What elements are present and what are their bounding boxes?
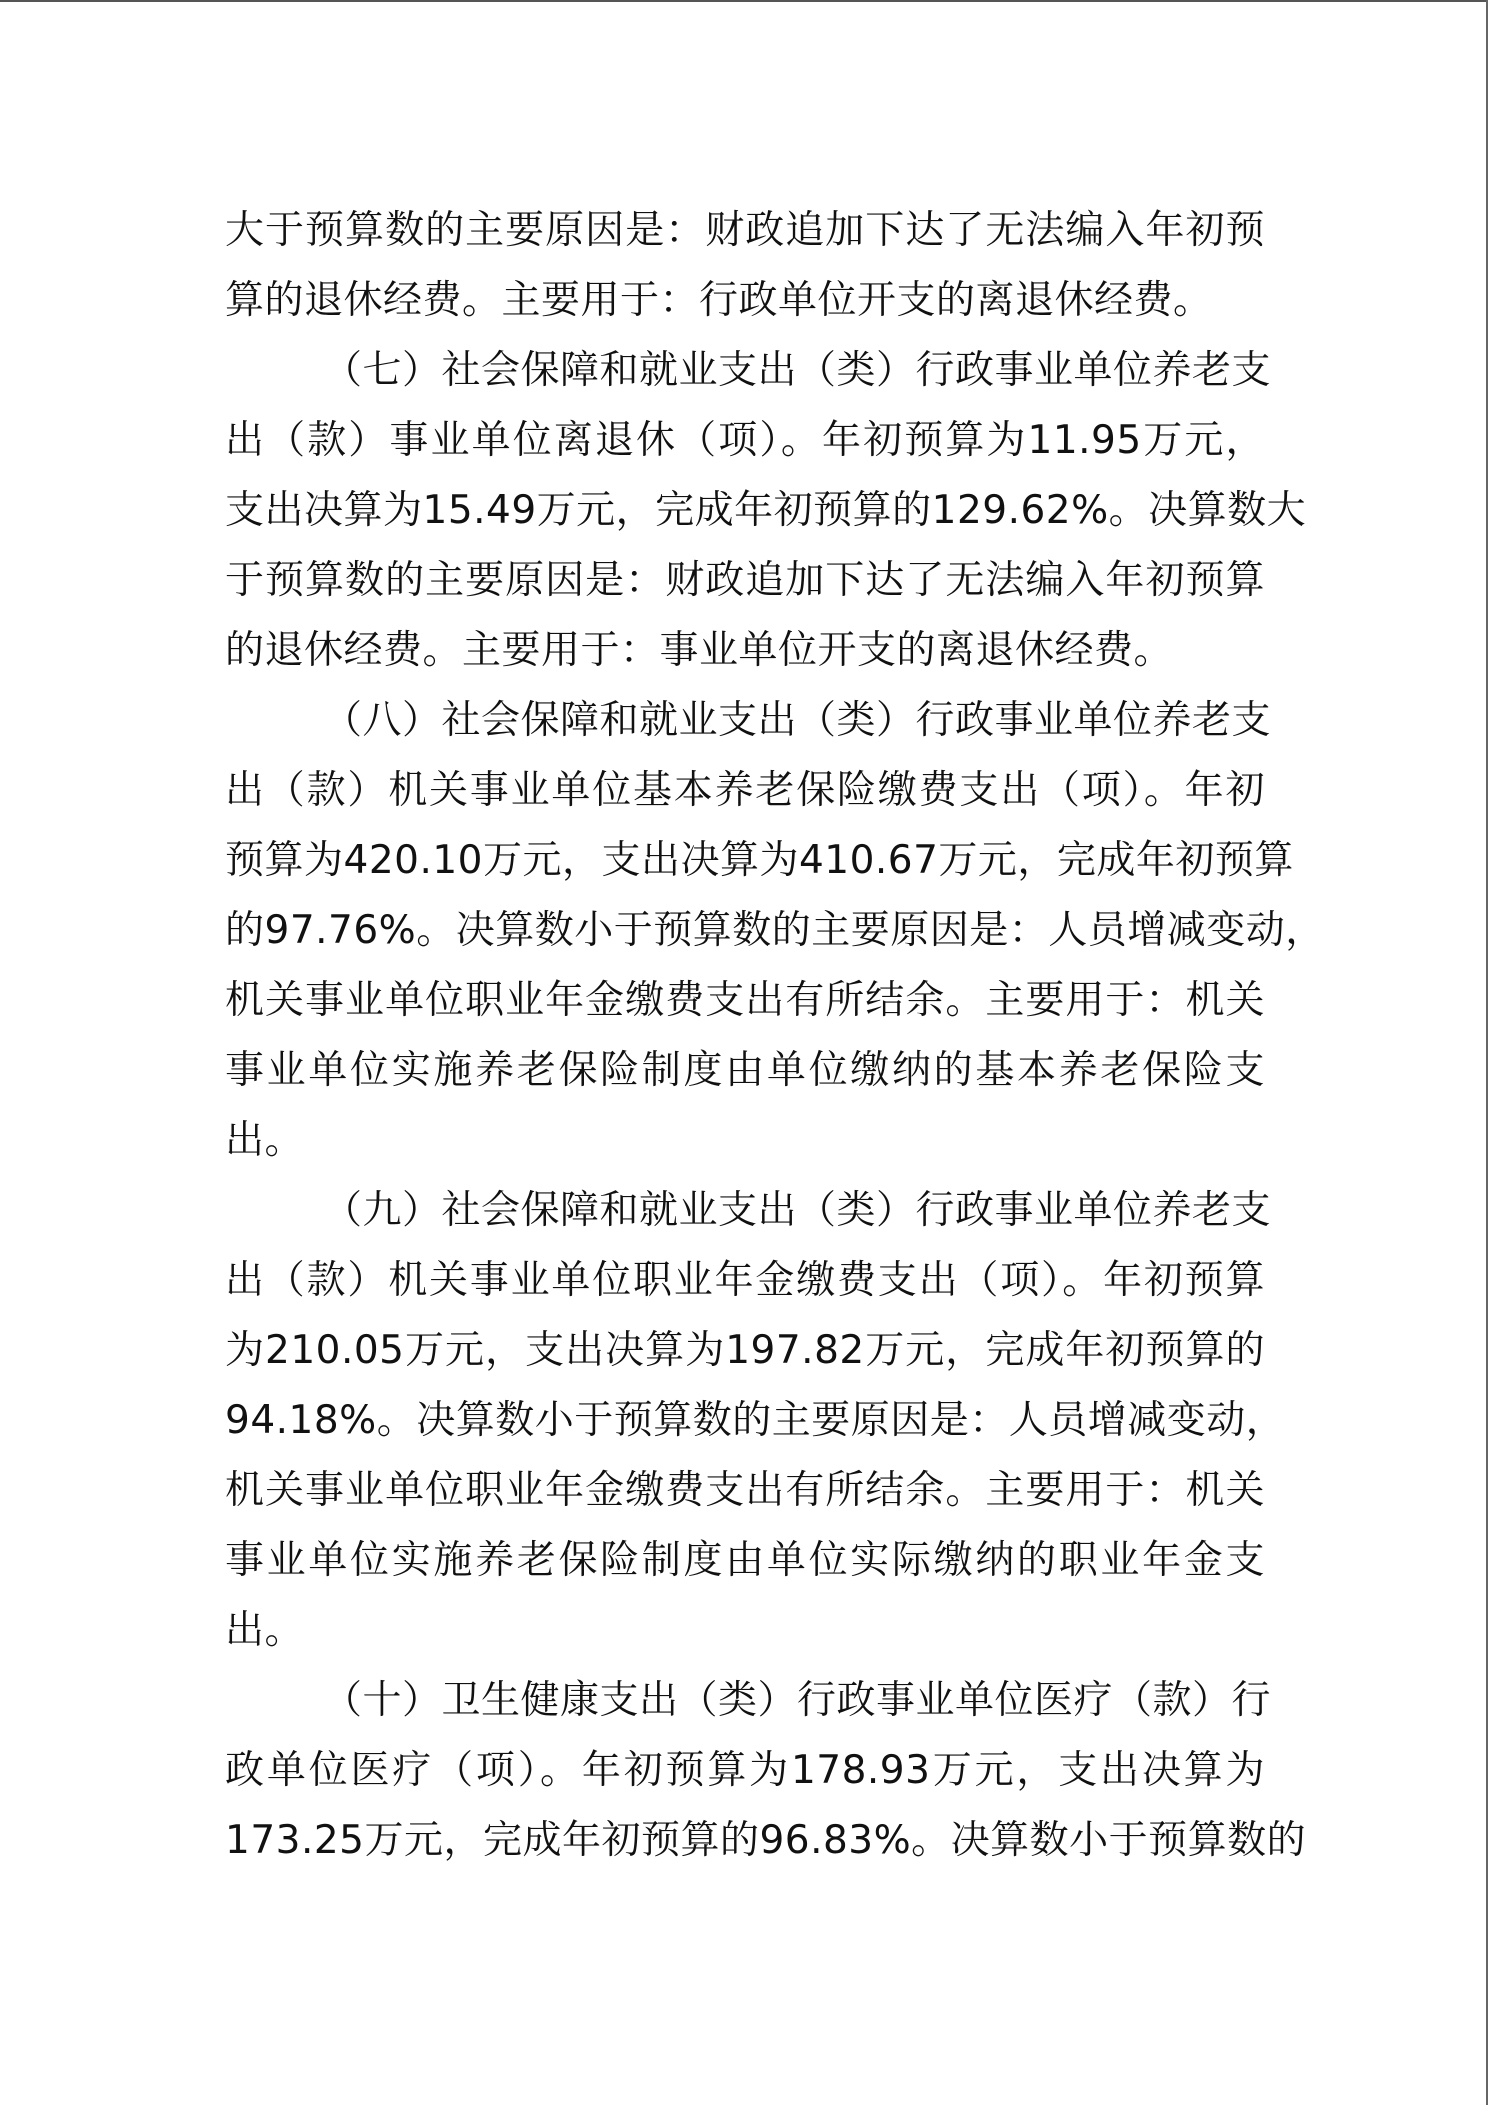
text-line: 事业单位实施养老保险制度由单位实际缴纳的职业年金支 xyxy=(225,1526,1265,1596)
text-line: 大于预算数的主要原因是：财政追加下达了无法编入年初预 xyxy=(225,196,1265,266)
text-line: 出（款）事业单位离退休（项）。年初预算为11.95万元， xyxy=(225,406,1265,476)
paragraph-item-8: （八）社会保障和就业支出（类）行政事业单位养老支 出（款）机关事业单位基本养老保… xyxy=(225,686,1265,1176)
text-line: 政单位医疗（项）。年初预算为178.93万元，支出决算为 xyxy=(225,1736,1265,1806)
text-line: 于预算数的主要原因是：财政追加下达了无法编入年初预算 xyxy=(225,546,1265,616)
text-line: 出（款）机关事业单位基本养老保险缴费支出（项）。年初 xyxy=(225,756,1265,826)
text-line: 的退休经费。主要用于：事业单位开支的离退休经费。 xyxy=(225,616,1265,686)
page-top-border xyxy=(0,0,1488,2)
text-line: 预算为420.10万元，支出决算为410.67万元，完成年初预算 xyxy=(225,826,1265,896)
paragraph-item-7: （七）社会保障和就业支出（类）行政事业单位养老支 出（款）事业单位离退休（项）。… xyxy=(225,336,1265,686)
text-line: 的97.76%。决算数小于预算数的主要原因是：人员增减变动， xyxy=(225,896,1265,966)
document-body: 大于预算数的主要原因是：财政追加下达了无法编入年初预 算的退休经费。主要用于：行… xyxy=(225,196,1265,1876)
text-line: 出（款）机关事业单位职业年金缴费支出（项）。年初预算 xyxy=(225,1246,1265,1316)
paragraph-item-10: （十）卫生健康支出（类）行政事业单位医疗（款）行 政单位医疗（项）。年初预算为1… xyxy=(225,1666,1265,1876)
paragraph-heading-line: （十）卫生健康支出（类）行政事业单位医疗（款）行 xyxy=(225,1666,1265,1736)
text-line: 机关事业单位职业年金缴费支出有所结余。主要用于：机关 xyxy=(225,1456,1265,1526)
paragraph-heading-line: （八）社会保障和就业支出（类）行政事业单位养老支 xyxy=(225,686,1265,756)
paragraph-item-9: （九）社会保障和就业支出（类）行政事业单位养老支 出（款）机关事业单位职业年金缴… xyxy=(225,1176,1265,1666)
text-line: 出。 xyxy=(225,1596,1265,1666)
paragraph-continuation: 大于预算数的主要原因是：财政追加下达了无法编入年初预 算的退休经费。主要用于：行… xyxy=(225,196,1265,336)
paragraph-heading-line: （九）社会保障和就业支出（类）行政事业单位养老支 xyxy=(225,1176,1265,1246)
text-line: 事业单位实施养老保险制度由单位缴纳的基本养老保险支 xyxy=(225,1036,1265,1106)
text-line: 出。 xyxy=(225,1106,1265,1176)
text-line: 算的退休经费。主要用于：行政单位开支的离退休经费。 xyxy=(225,266,1265,336)
text-line: 173.25万元，完成年初预算的96.83%。决算数小于预算数的 xyxy=(225,1806,1265,1876)
text-line: 94.18%。决算数小于预算数的主要原因是：人员增减变动， xyxy=(225,1386,1265,1456)
paragraph-heading-line: （七）社会保障和就业支出（类）行政事业单位养老支 xyxy=(225,336,1265,406)
text-line: 为210.05万元，支出决算为197.82万元，完成年初预算的 xyxy=(225,1316,1265,1386)
text-line: 支出决算为15.49万元，完成年初预算的129.62%。决算数大 xyxy=(225,476,1265,546)
text-line: 机关事业单位职业年金缴费支出有所结余。主要用于：机关 xyxy=(225,966,1265,1036)
